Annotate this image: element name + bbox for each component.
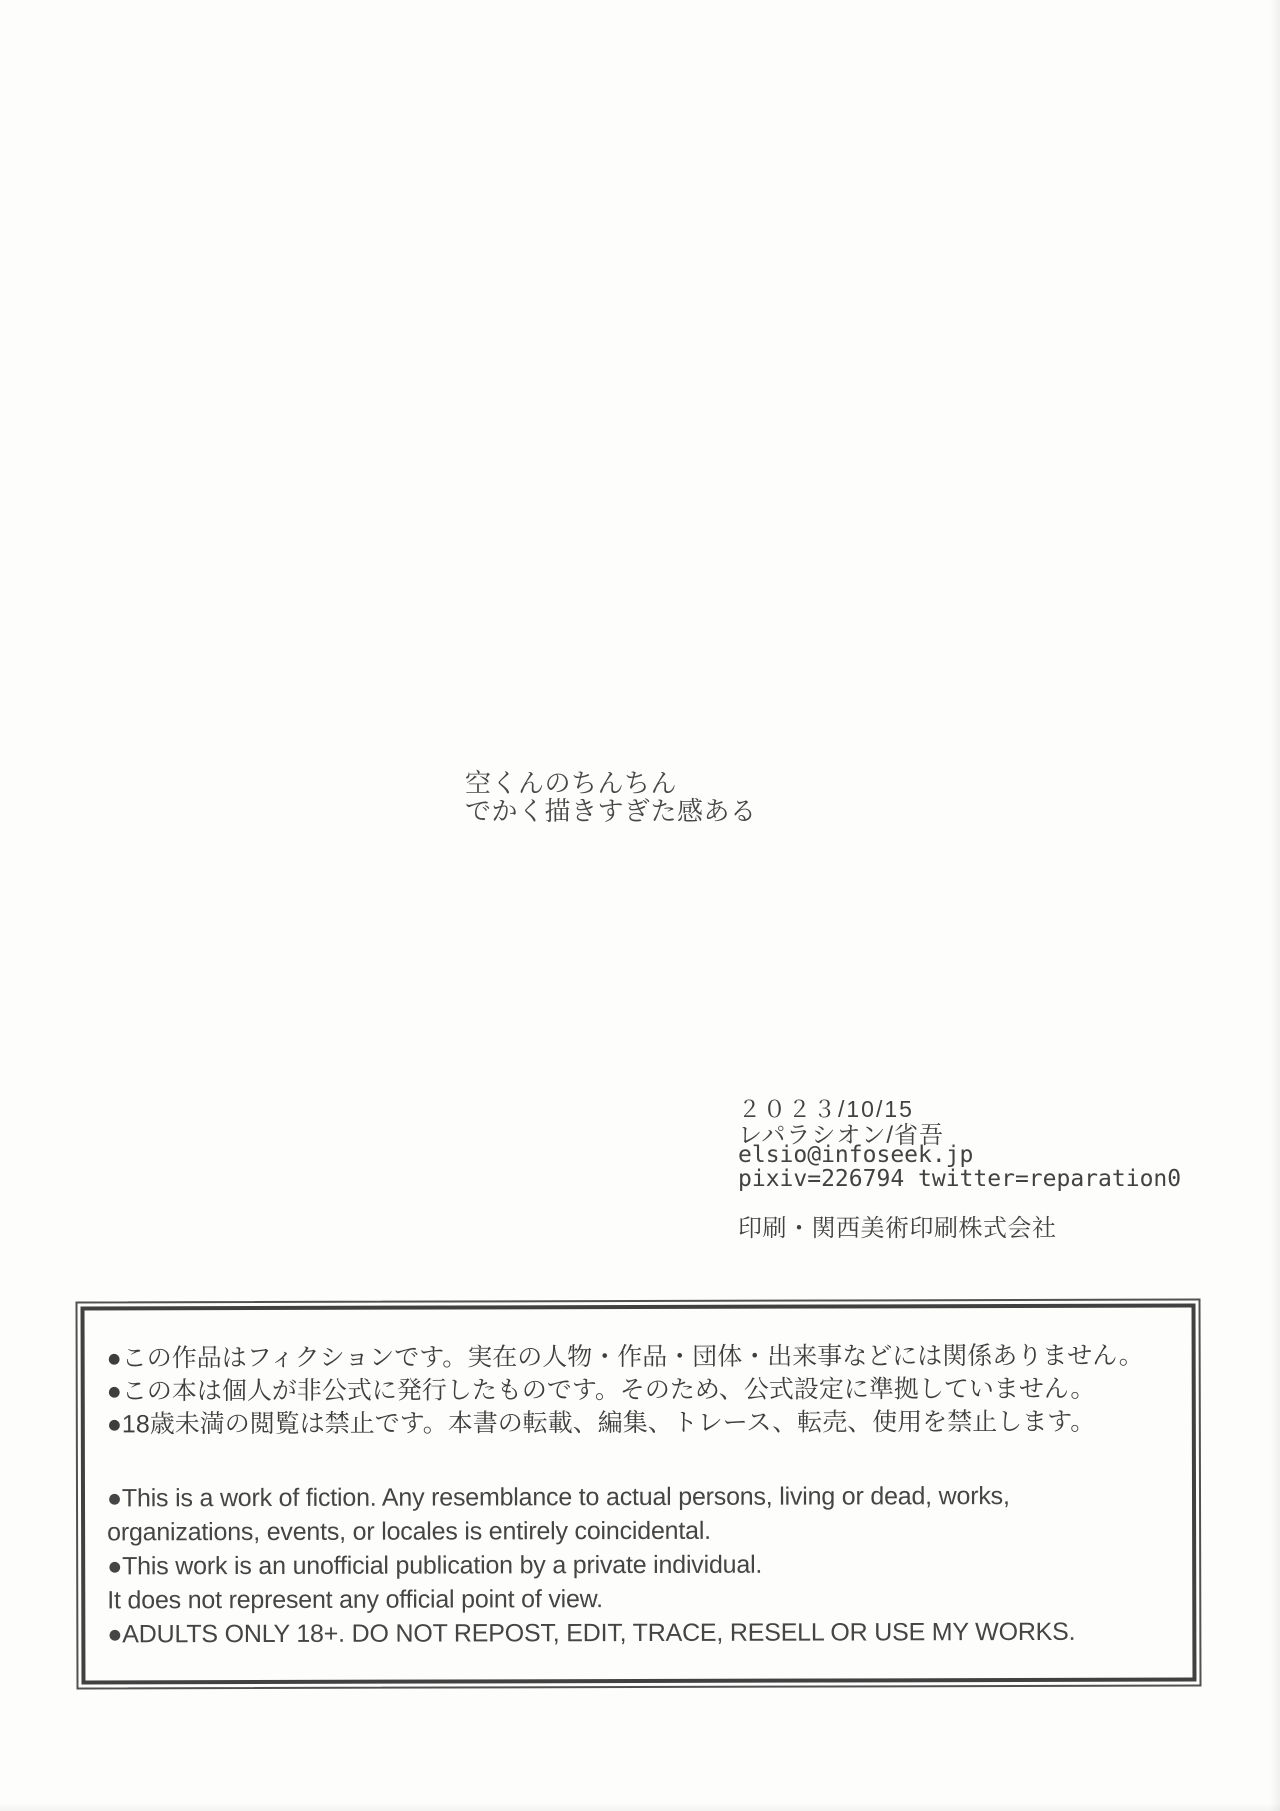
disclaimer-en-line-4: It does not represent any official point… xyxy=(107,1581,1178,1618)
disclaimer-english: ●This is a work of fiction. Any resembla… xyxy=(107,1479,1178,1652)
disclaimer-en-line-2: organizations, events, or locales is ent… xyxy=(107,1513,1178,1550)
author-note: 空くんのちんちん でかく描きすぎた感ある xyxy=(465,769,757,825)
disclaimer-en-line-5: ●ADULTS ONLY 18+. DO NOT REPOST, EDIT, T… xyxy=(107,1615,1178,1652)
disclaimer-en-line-1: ●This is a work of fiction. Any resembla… xyxy=(107,1479,1178,1516)
disclaimer-box-inner: ●この作品はフィクションです。実在の人物・作品・団体・出来事などには関係ありませ… xyxy=(81,1304,1197,1685)
scanned-page: 空くんのちんちん でかく描きすぎた感ある ２０２３/10/15 レパラシオン/省… xyxy=(0,0,1280,1811)
disclaimer-en-line-3: ●This work is an unofficial publication … xyxy=(107,1547,1178,1584)
scan-edge-artifact-bottom xyxy=(0,1803,1280,1811)
disclaimer-jp-line-1: ●この作品はフィクションです。実在の人物・作品・団体・出来事などには関係ありませ… xyxy=(107,1340,1178,1376)
social-links: pixiv=226794 twitter=reparation0 xyxy=(738,1166,1181,1192)
author-note-line-1: 空くんのちんちん xyxy=(465,769,757,797)
disclaimer-box: ●この作品はフィクションです。実在の人物・作品・団体・出来事などには関係ありませ… xyxy=(75,1299,1201,1690)
email-address: elsio@infoseek.jp xyxy=(738,1142,973,1168)
author-note-line-2: でかく描きすぎた感ある xyxy=(465,797,757,825)
disclaimer-jp-line-2: ●この本は個人が非公式に発行したものです。そのため、公式設定に準拠していません。 xyxy=(107,1373,1178,1409)
disclaimer-japanese: ●この作品はフィクションです。実在の人物・作品・団体・出来事などには関係ありませ… xyxy=(107,1340,1178,1442)
printer-credit: 印刷・関西美術印刷株式会社 xyxy=(738,1208,1057,1243)
disclaimer-jp-line-3: ●18歳未満の閲覧は禁止です。本書の転載、編集、トレース、転売、使用を禁止します… xyxy=(107,1406,1178,1442)
scan-edge-artifact-right xyxy=(1270,0,1280,1811)
